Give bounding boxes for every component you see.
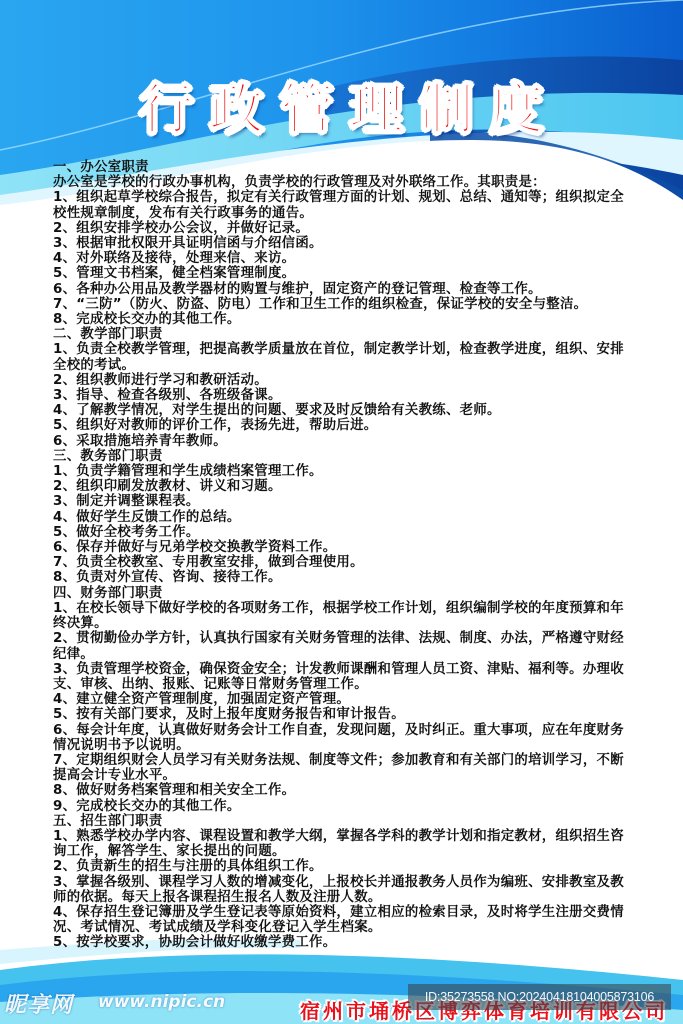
section-finance: 四、财务部门职责 1、在校长领导下做好学校的各项财务工作，根据学校工作计划，组织… xyxy=(53,586,631,814)
section-line: 4、保存招生登记簿册及学生登记表等原始资料，建立相应的检索目录，及时将学生注册交… xyxy=(53,905,631,935)
section-line: 4、做好学生反馈工作的总结。 xyxy=(53,510,631,525)
section-line: 1、负责全校教学管理，把提高教学质量放在首位，制定教学计划，检查教学进度，组织、… xyxy=(53,342,631,372)
section-line: 1、负责学籍管理和学生成绩档案管理工作。 xyxy=(53,464,631,479)
section-line: 5、管理文书档案，健全档案管理制度。 xyxy=(53,266,631,281)
section-academic-affairs: 三、教务部门职责 1、负责学籍管理和学生成绩档案管理工作。 2、组织印刷发放教材… xyxy=(53,449,631,586)
section-line: 7、定期组织财会人员学习有关财务法规、制度等文件；参加教育和有关部门的培训学习，… xyxy=(53,753,631,783)
poster: 行政管理制度 一、办公室职责 办公室是学校的行政办事机构，负责学校的行政管理及对… xyxy=(0,0,683,1024)
section-heading: 一、办公室职责 xyxy=(53,160,631,175)
section-line: 5、组织好对教师的评价工作，表扬先进，帮助后进。 xyxy=(53,418,631,433)
section-line: 2、组织安排学校办公会议，并做好记录。 xyxy=(53,221,631,236)
section-line: 1、组织起草学校综合报告，拟定有关行政管理方面的计划、规划、总结、通知等；组织拟… xyxy=(53,190,631,220)
section-line: 9、完成校长交办的其他工作。 xyxy=(53,799,631,814)
section-line: 3、指导、检查各级别、各班级备课。 xyxy=(53,388,631,403)
section-line: 4、建立健全资产管理制度，加强固定资产管理。 xyxy=(53,692,631,707)
watermark-url: www.nipic.cn xyxy=(98,992,225,1012)
section-line: 4、了解教学情况，对学生提出的问题、要求及时反馈给有关教练、老师。 xyxy=(53,403,631,418)
section-line: 3、根据审批权限开具证明信函与介绍信函。 xyxy=(53,236,631,251)
section-line: 4、对外联络及接待，处理来信、来访。 xyxy=(53,251,631,266)
watermark-id-strip: ID:35273558 NO:20240418104005873106 xyxy=(408,984,671,1010)
section-line: 1、熟悉学校办学内容、课程设置和教学大纲，掌握各学科的教学计划和指定教材，组织招… xyxy=(53,829,631,859)
section-line: 2、组织教师进行学习和教研活动。 xyxy=(53,373,631,388)
section-line: 3、制定并调整课程表。 xyxy=(53,494,631,509)
section-heading: 三、教务部门职责 xyxy=(53,449,631,464)
title-container: 行政管理制度 xyxy=(0,70,683,140)
poster-title: 行政管理制度 xyxy=(124,67,560,144)
section-heading: 四、财务部门职责 xyxy=(53,586,631,601)
section-line: 2、负责新生的招生与注册的具体组织工作。 xyxy=(53,859,631,874)
section-line: 2、贯彻勤俭办学方针，认真执行国家有关财务管理的法律、法规、制度、办法，严格遵守… xyxy=(53,631,631,661)
section-line: 6、采取措施培养青年教师。 xyxy=(53,434,631,449)
section-line: 8、负责对外宣传、咨询、接待工作。 xyxy=(53,570,631,585)
section-line: 办公室是学校的行政办事机构，负责学校的行政管理及对外联络工作。其职责是： xyxy=(53,175,631,190)
section-line: 7、“三防”（防火、防盗、防电）工作和卫生工作的组织检查，保证学校的安全与整洁。 xyxy=(53,297,631,312)
watermark-logo: 昵享网 xyxy=(4,988,73,1019)
section-heading: 五、招生部门职责 xyxy=(53,814,631,829)
section-line: 2、组织印刷发放教材、讲义和习题。 xyxy=(53,479,631,494)
section-line: 5、做好全校考务工作。 xyxy=(53,525,631,540)
section-line: 6、各种办公用品及教学器材的购置与维护，固定资产的登记管理、检查等工作。 xyxy=(53,282,631,297)
section-line: 3、掌握各级别、课程学习人数的增减变化，上报校长并通报教务人员作为编班、安排教室… xyxy=(53,875,631,905)
regulation-content: 一、办公室职责 办公室是学校的行政办事机构，负责学校的行政管理及对外联络工作。其… xyxy=(53,160,631,951)
section-admissions: 五、招生部门职责 1、熟悉学校办学内容、课程设置和教学大纲，掌握各学科的教学计划… xyxy=(53,814,631,951)
section-teaching: 二、教学部门职责 1、负责全校教学管理，把提高教学质量放在首位，制定教学计划，检… xyxy=(53,327,631,449)
section-line: 3、负责管理学校资金，确保资金安全；计发教师课酬和管理人员工资、津贴、福利等。办… xyxy=(53,662,631,692)
section-line: 1、在校长领导下做好学校的各项财务工作，根据学校工作计划，组织编制学校的年度预算… xyxy=(53,601,631,631)
section-line: 7、负责全校教室、专用教室安排，做到合理使用。 xyxy=(53,555,631,570)
section-line: 6、保存并做好与兄弟学校交换教学资料工作。 xyxy=(53,540,631,555)
section-office: 一、办公室职责 办公室是学校的行政办事机构，负责学校的行政管理及对外联络工作。其… xyxy=(53,160,631,327)
section-line: 5、按学校要求，协助会计做好收缴学费工作。 xyxy=(53,935,631,950)
section-line: 8、做好财务档案管理和相关安全工作。 xyxy=(53,783,631,798)
section-line: 5、按有关部门要求，及时上报年度财务报告和审计报告。 xyxy=(53,707,631,722)
section-line: 8、完成校长交办的其他工作。 xyxy=(53,312,631,327)
section-line: 6、每会计年度，认真做好财务会计工作自查，发现问题，及时纠正。重大事项，应在年度… xyxy=(53,723,631,753)
section-heading: 二、教学部门职责 xyxy=(53,327,631,342)
